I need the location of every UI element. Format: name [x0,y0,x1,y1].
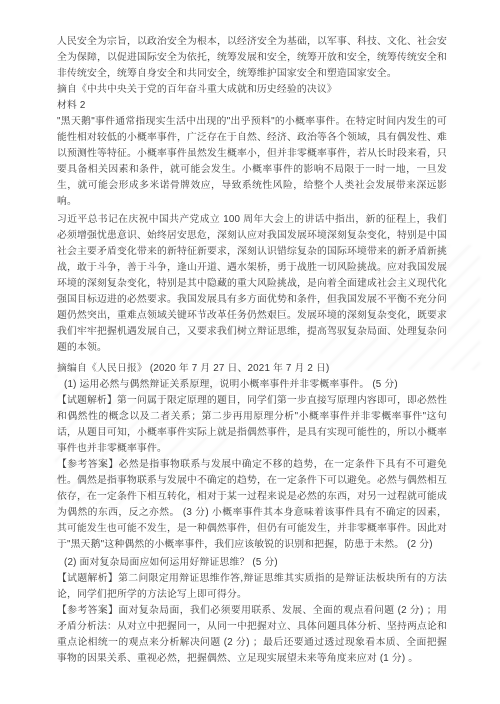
question-2: (2) 面对复杂局面应如何运用好辩证思维？ (5 分) [57,555,447,571]
reference-answer-1: 【参考答案】必然是指事物联系与发展中确定不移的趋势，在一定条件下具有不可避免性。… [57,457,447,553]
paragraph-black-swan-definition: "黑天鹅"事件通常指现实生活中出现的"出乎预料"的小概率事件。在特定时间内发生的… [57,114,447,210]
analysis-question-1: 【试题解析】第一问属于限定原理的题目，同学们第一步直接写原理内容即可，即必然性和… [57,393,447,457]
paragraph-xi-speech: 习近平总书记在庆祝中国共产党成立 100 周年大会上的讲话中指出，新的征程上，我… [57,212,447,356]
document-body: 人民安全为宗旨，以政治安全为根本，以经济安全为基础，以军事、科技、文化、社会安全… [57,34,447,667]
paragraph-national-security: 人民安全为宗旨，以政治安全为根本，以经济安全为基础，以军事、科技、文化、社会安全… [57,34,447,82]
source-citation-peoples-daily: 摘编自《人民日报》 (2020 年 7 月 27 日、2021 年 7 月 2 … [57,361,447,377]
reference-answer-2: 【参考答案】面对复杂局面，我们必须要用联系、发展、全面的观点看问题 (2 分) … [57,603,447,667]
source-citation-ccp-resolution: 摘自《中共中央关于党的百年奋斗重大成就和历史经验的决议》 [57,82,447,98]
analysis-question-2: 【试题解析】第二问限定用辩证思维作答,辩证思维其实质指的是辩证法板块所有的方法论… [57,571,447,603]
material-2-label: 材料 2 [57,98,447,114]
document-page: 人民安全为宗旨，以政治安全为根本，以经济安全为基础，以军事、科技、文化、社会安全… [0,0,500,704]
question-1: (1) 运用必然与偶然辩证关系原理，说明小概率事件并非零概率事件。 (5 分) [57,377,447,393]
